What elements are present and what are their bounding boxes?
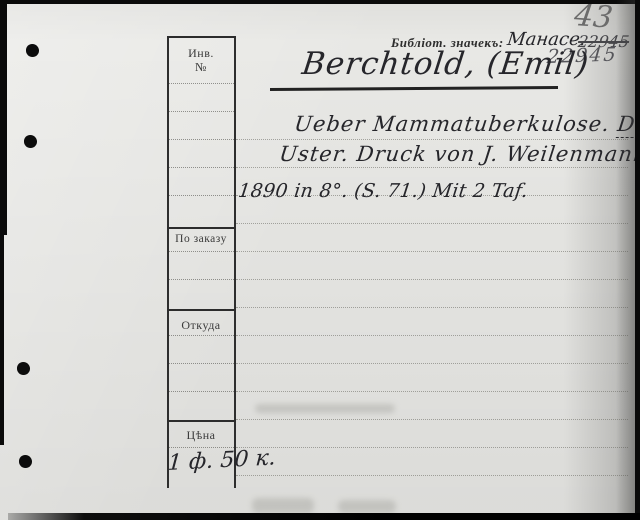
ruled-line [236, 475, 628, 476]
bleedthrough-smudge [255, 404, 395, 413]
scan-edge-left [0, 0, 7, 235]
ruled-line [169, 195, 234, 196]
form-column-top-line [167, 36, 236, 38]
ruled-line [236, 307, 628, 308]
inventory-label-line1: Инв. [168, 46, 234, 61]
form-divider-by-order [167, 227, 236, 229]
ruled-line [169, 111, 234, 112]
ruled-line [236, 391, 628, 392]
ruled-line [236, 279, 628, 280]
origin-label: Откуда [168, 318, 234, 333]
collation-line: 1890 in 8°. (S. 71.) Mit 2 Taf. [237, 180, 529, 202]
inventory-label-line2: № [168, 60, 234, 75]
ruled-line [236, 167, 628, 168]
scan-edge-top [0, 0, 640, 4]
punch-hole [24, 135, 37, 148]
price-label: Цѣна [168, 428, 234, 443]
form-divider-origin [167, 309, 236, 311]
scan-edge-right [635, 0, 640, 520]
punch-hole [17, 362, 30, 375]
ruled-line [169, 167, 234, 168]
title-text: Ueber Mammatuberkulose. [293, 112, 611, 136]
ruled-line [236, 447, 628, 448]
by-order-label: По заказу [168, 233, 234, 245]
ruled-line [236, 139, 628, 140]
ruled-line [236, 223, 628, 224]
ruled-line [169, 391, 234, 392]
scan-edge-left [0, 230, 4, 445]
ruled-line [169, 139, 234, 140]
ruled-line [236, 251, 628, 252]
scan-edge-bottom [8, 513, 640, 520]
bleedthrough-smudge [252, 498, 314, 513]
form-divider-price [167, 420, 236, 422]
pencil-page-number: 43 [572, 0, 615, 36]
title-line: Ueber Mammatuberkulose. Diss. [293, 112, 640, 136]
imprint-line: Uster. Druck von J. Weilenmann [278, 142, 640, 166]
ruled-line [169, 335, 234, 336]
author-underline [270, 86, 558, 91]
price-value-handwritten: 1 ф. 50 к. [167, 445, 277, 476]
punch-hole [19, 455, 32, 468]
ruled-line [169, 363, 234, 364]
bleedthrough-smudge [338, 500, 396, 513]
ruled-line [236, 419, 628, 420]
author-heading: Berchtold, (Emil) [300, 46, 591, 82]
punch-hole [26, 44, 39, 57]
ruled-line [236, 335, 628, 336]
ruled-line [236, 363, 628, 364]
scan-edge-right-shade [616, 0, 636, 520]
catalog-card-scan: Инв. № По заказу Откуда Цѣна Библіот. зн… [0, 0, 640, 520]
ruled-line [169, 279, 234, 280]
ruled-line [169, 83, 234, 84]
ruled-line [169, 251, 234, 252]
